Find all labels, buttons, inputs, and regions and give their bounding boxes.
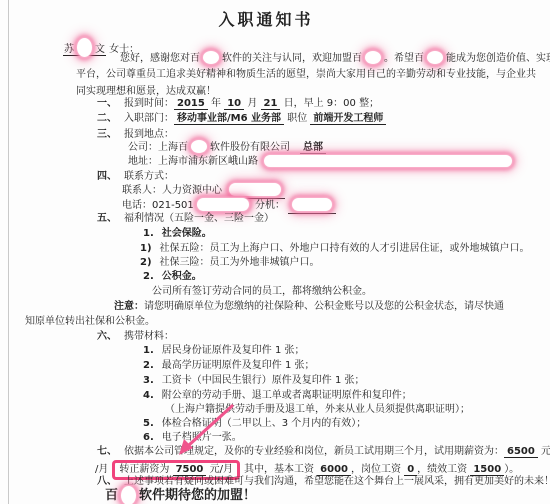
benefit-five-line: 1)社保五险：员工为上海户口、外地户口持有效的人才引进居住证，或外地城镇户口。 bbox=[140, 242, 530, 256]
trial-salary-value: 6500 bbox=[504, 446, 538, 458]
contact-person-line: 联系人：人力资源中心 bbox=[122, 183, 285, 199]
redaction-blob-extension bbox=[292, 198, 332, 211]
redaction-blob-company4 bbox=[191, 140, 207, 153]
offer-letter-document: 入职通知书 苏文 女士： 您好，感谢您对百软件的关注与认同，欢迎加盟百。希望百能… bbox=[0, 0, 550, 504]
redaction-blob-company3 bbox=[427, 51, 443, 64]
redaction-blob-name bbox=[77, 38, 92, 57]
item-number: 一、 bbox=[97, 98, 117, 109]
redaction-blob-footer-company bbox=[121, 486, 136, 504]
recipient-name: 苏文 bbox=[63, 44, 106, 56]
item-number: 七、 bbox=[97, 446, 117, 457]
item-number: 六、 bbox=[97, 331, 117, 342]
redaction-blob-company1 bbox=[203, 51, 219, 64]
material-item-2: 2.最高学历证明原件及复印件 1 张； bbox=[143, 359, 315, 373]
recipient-surname: 苏 bbox=[64, 44, 74, 55]
item-salary-line-1: 七、依据本公司管理规定，及你的专业经验和岗位，新员工试用期三个月，试用期薪资为：… bbox=[97, 445, 550, 459]
item-materials: 六、携带材料： bbox=[97, 330, 174, 344]
benefit-fund-line: 2.公积金。 bbox=[143, 270, 202, 284]
benefit-fund-note: 公司所有签订劳动合同的员工，都将缴纳公积金。 bbox=[152, 285, 372, 299]
footer-line: 百软件期待您的加盟！ bbox=[105, 486, 256, 504]
item-number: 四、 bbox=[97, 171, 117, 182]
item-number: 五、 bbox=[97, 213, 117, 224]
item-report-time: 一、报到时间：2015 年 10 月 21 日，早上 9：00 整； bbox=[97, 97, 379, 111]
item-number: 二、 bbox=[97, 113, 117, 124]
recipient-givenname: 文 bbox=[95, 44, 105, 55]
redaction-blob-contact-name bbox=[229, 183, 281, 196]
item-benefits: 五、福利情况（五险一金、三险一金） bbox=[97, 212, 274, 226]
material-item-6: 6.电子档照片一张。 bbox=[143, 431, 242, 445]
material-item-5: 5.体检合格证明（二甲以上、3 个月内的有效）； bbox=[143, 417, 366, 431]
location-address-line: 地址：上海市浦东新区峨山路 bbox=[128, 155, 515, 169]
headquarters-value: 总部 bbox=[300, 142, 326, 154]
material-item-1: 1.居民身份证原件及复印件 1 张； bbox=[143, 344, 305, 358]
benefit-notice-line-2: 知原单位转出社保和公积金。 bbox=[25, 315, 155, 329]
department-value: 移动事业部/M6 业务部 bbox=[174, 113, 284, 125]
benefit-notice-line-1: 注意：请您明确原单位为您缴纳的社保险种、公积金账号以及您的公积金状态，请尽快通 bbox=[114, 300, 504, 314]
position-value: 前端开发工程师 bbox=[310, 113, 386, 125]
report-month: 10 bbox=[224, 98, 244, 110]
item-contact: 四、联系方式： bbox=[97, 170, 174, 184]
greeting-line-1: 您好，感谢您对百软件的关注与认同，欢迎加盟百。希望百能成为您创造价值、实现自我的… bbox=[120, 51, 550, 66]
report-year: 2015 bbox=[174, 98, 208, 110]
redaction-blob-address bbox=[264, 155, 512, 167]
page-edge-line bbox=[8, 0, 9, 504]
item-number: 三、 bbox=[97, 129, 117, 140]
material-item-4: 4.附公章的劳动手册、退工单或者离职证明原件和复印件； bbox=[143, 389, 412, 403]
item-department: 二、入职部门：移动事业部/M6 业务部 职位 前端开发工程师 bbox=[97, 112, 386, 126]
redaction-blob-company2 bbox=[365, 51, 381, 64]
report-day: 21 bbox=[261, 98, 281, 110]
material-item-4-note: （上海户籍提供劳动手册及退工单，外来从业人员须提供离职证明）； bbox=[165, 403, 470, 417]
document-title: 入职通知书 bbox=[0, 13, 532, 27]
redaction-blob-phone bbox=[197, 198, 249, 211]
material-item-3: 3.工资卡（中国民生银行）原件及复印件 1 张； bbox=[143, 374, 365, 388]
location-company-line: 公司：上海百软件股份有限公司 总部 bbox=[128, 140, 326, 155]
benefit-three-line: 2)社保三险：员工为外地非城镇户口。 bbox=[140, 256, 320, 270]
benefit-social-line: 1.社会保险。 bbox=[143, 227, 212, 241]
greeting-line-2: 平台，公司尊重员工追求美好精神和物质生活的愿望，崇尚大家用自己的辛勤劳动和专业技… bbox=[76, 68, 536, 82]
